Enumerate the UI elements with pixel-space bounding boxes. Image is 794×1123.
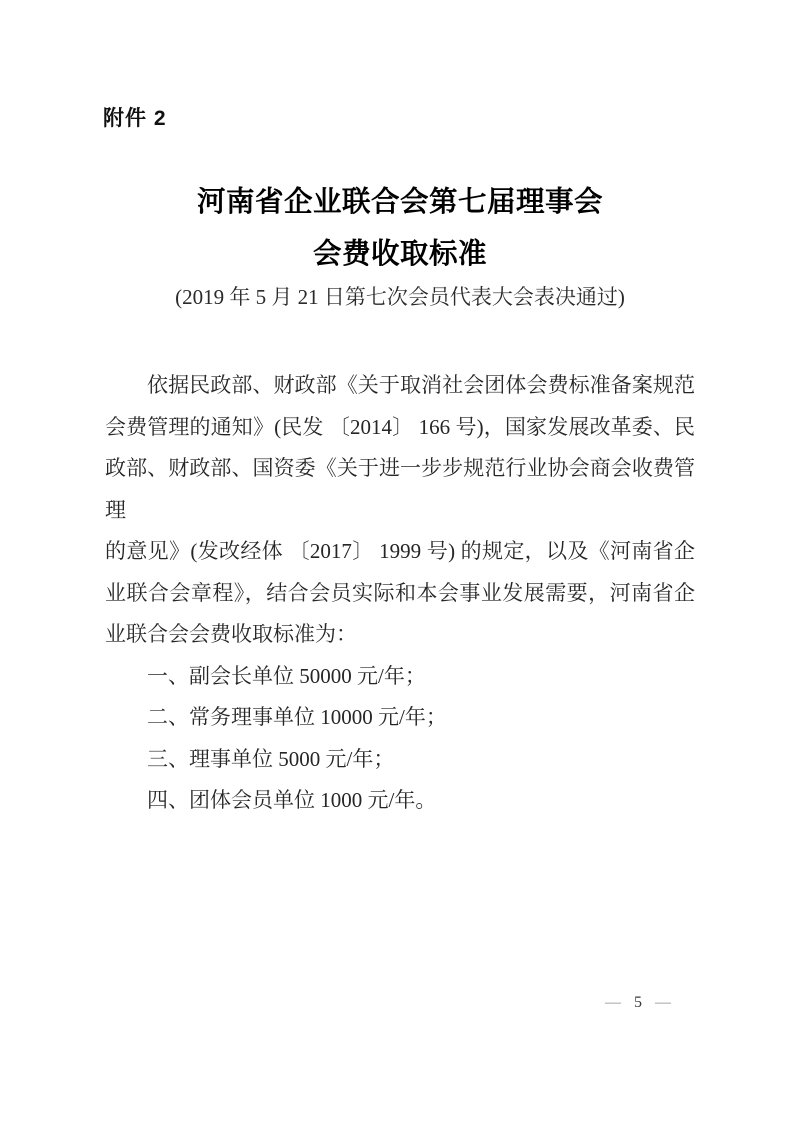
paragraph-line-4: 的意见》(发改经体 〔2017〕 1999 号) 的规定，以及《河南省企 xyxy=(105,531,695,573)
fee-item-executive-director: 二、常务理事单位 10000 元/年； xyxy=(105,697,695,739)
document-title-line-2: 会费收取标准 xyxy=(105,229,695,281)
page-number-dash-right: — xyxy=(655,994,671,1011)
page-number: —5— xyxy=(605,992,671,1014)
paragraph-line-5: 业联合会章程》，结合会员实际和本会事业发展需要，河南省企 xyxy=(105,573,695,615)
paragraph-line-3: 政部、财政部、国资委《关于进一步步规范行业协会商会收费管理 xyxy=(105,448,695,531)
fee-item-group-member: 四、团体会员单位 1000 元/年。 xyxy=(105,780,695,822)
adoption-note: (2019 年 5 月 21 日第七次会员代表大会表决通过) xyxy=(105,282,695,312)
attachment-label: 附件 2 xyxy=(103,102,167,132)
fee-item-director: 三、理事单位 5000 元/年； xyxy=(105,739,695,781)
document-title: 河南省企业联合会第七届理事会 会费收取标准 xyxy=(105,177,695,281)
paragraph-line-6: 业联合会会费收取标准为： xyxy=(105,614,695,656)
paragraph-line-1: 依据民政部、财政部《关于取消社会团体会费标准备案规范 xyxy=(105,365,695,407)
page-number-dash-left: — xyxy=(605,994,621,1011)
document-body: 依据民政部、财政部《关于取消社会团体会费标准备案规范 会费管理的通知》(民发 〔… xyxy=(105,365,695,822)
fee-item-vice-president: 一、副会长单位 50000 元/年； xyxy=(105,656,695,698)
document-page: 附件 2 河南省企业联合会第七届理事会 会费收取标准 (2019 年 5 月 2… xyxy=(0,0,794,1123)
paragraph-line-2: 会费管理的通知》(民发 〔2014〕 166 号)，国家发展改革委、民 xyxy=(105,407,695,449)
page-number-value: 5 xyxy=(634,992,642,1014)
document-title-line-1: 河南省企业联合会第七届理事会 xyxy=(105,177,695,229)
